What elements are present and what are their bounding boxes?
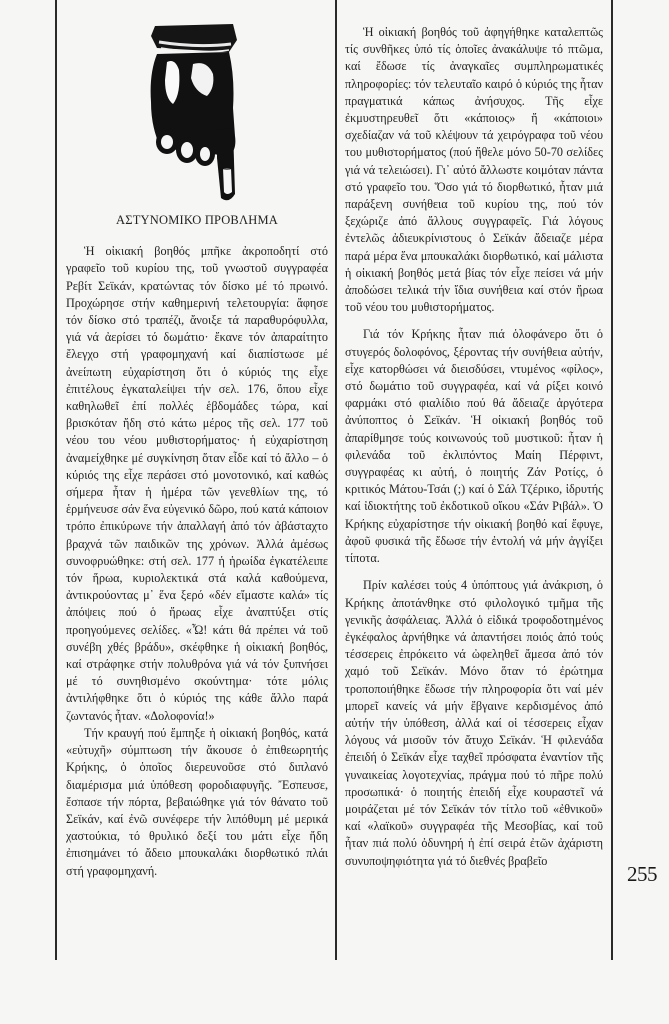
paragraph: Τήν κραυγή πού ἔμπηξε ἡ οἰκιακή βοηθός, … (66, 725, 328, 880)
right-border-rule (611, 0, 613, 960)
article-heading: ΑΣΤΥΝΟΜΙΚΟ ΠΡΟΒΛΗΜΑ (66, 212, 328, 229)
right-column: Ἡ οἰκιακή βοηθός τοῦ ἀφηγήθηκε καταλεπτῶ… (345, 24, 603, 870)
left-column: ΑΣΤΥΝΟΜΙΚΟ ΠΡΟΒΛΗΜΑ Ἡ οἰκιακή βοηθός μπῆ… (66, 18, 328, 880)
paragraph: Γιά τόν Κρήκης ἦταν πιά ὁλοφάνερο ὅτι ὁ … (345, 326, 603, 567)
pointing-hand-down-icon (137, 18, 257, 206)
column-divider-rule (335, 0, 337, 960)
paragraph: Ἡ οἰκιακή βοηθός τοῦ ἀφηγήθηκε καταλεπτῶ… (345, 24, 603, 316)
left-border-rule (55, 0, 57, 960)
paragraph: Ἡ οἰκιακή βοηθός μπῆκε ἀκροποδητί στό γρ… (66, 243, 328, 725)
page-number: 255 (627, 862, 657, 887)
paragraph: Πρίν καλέσει τούς 4 ὑπόπτους γιά ἀνάκρισ… (345, 577, 603, 869)
